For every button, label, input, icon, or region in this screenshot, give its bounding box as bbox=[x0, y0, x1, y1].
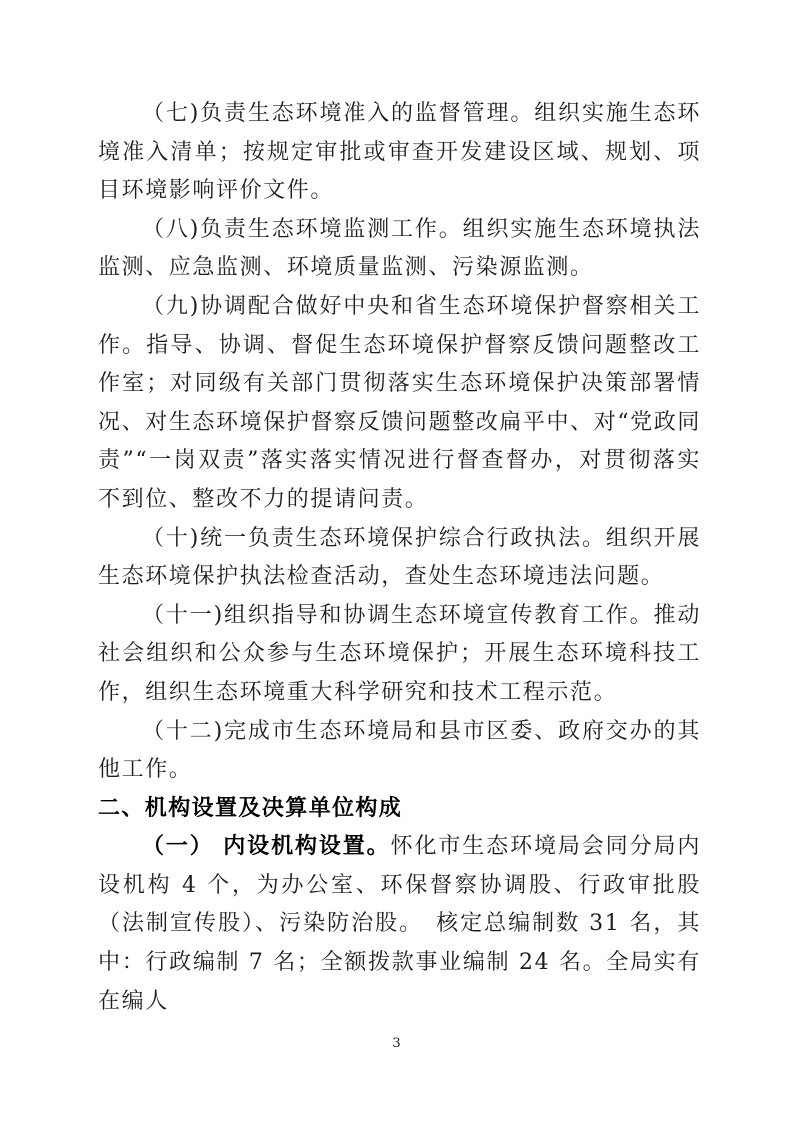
paragraph-lead-label: （一） 内设机构设置。 bbox=[142, 834, 391, 859]
paragraph-duty-8: （八)负责生态环境监测工作。组织实施生态环境执法监测、应急监测、环境质量监测、污… bbox=[98, 211, 701, 288]
paragraph-duty-10: （十)统一负责生态环境保护综合行政执法。组织开展生态环境保护执法检查活动，查处生… bbox=[98, 520, 701, 597]
paragraph-duty-12: （十二)完成市生态环境局和县市区委、政府交办的其他工作。 bbox=[98, 713, 701, 790]
paragraph-lead-body: 怀化市生态环境局会同分局内设机构 4 个，为办公室、环保督察协调股、行政审批股（… bbox=[98, 834, 701, 1013]
paragraph-duty-9: （九)协调配合做好中央和省生态环境保护督察相关工作。指导、协调、督促生态环境保护… bbox=[98, 288, 701, 520]
document-body: （七)负责生态环境准入的监督管理。组织实施生态环境准入清单；按规定审批或审查开发… bbox=[0, 0, 793, 1021]
page-number: 3 bbox=[0, 1034, 793, 1054]
section-heading-organization: 二、机构设置及决算单位构成 bbox=[98, 790, 701, 829]
paragraph-internal-organization: （一） 内设机构设置。怀化市生态环境局会同分局内设机构 4 个，为办公室、环保督… bbox=[98, 828, 701, 1021]
paragraph-duty-11: （十一)组织指导和协调生态环境宣传教育工作。推动社会组织和公众参与生态环境保护；… bbox=[98, 597, 701, 713]
document-page: （七)负责生态环境准入的监督管理。组织实施生态环境准入清单；按规定审批或审查开发… bbox=[0, 0, 793, 1122]
paragraph-duty-7: （七)负责生态环境准入的监督管理。组织实施生态环境准入清单；按规定审批或审查开发… bbox=[98, 95, 701, 211]
